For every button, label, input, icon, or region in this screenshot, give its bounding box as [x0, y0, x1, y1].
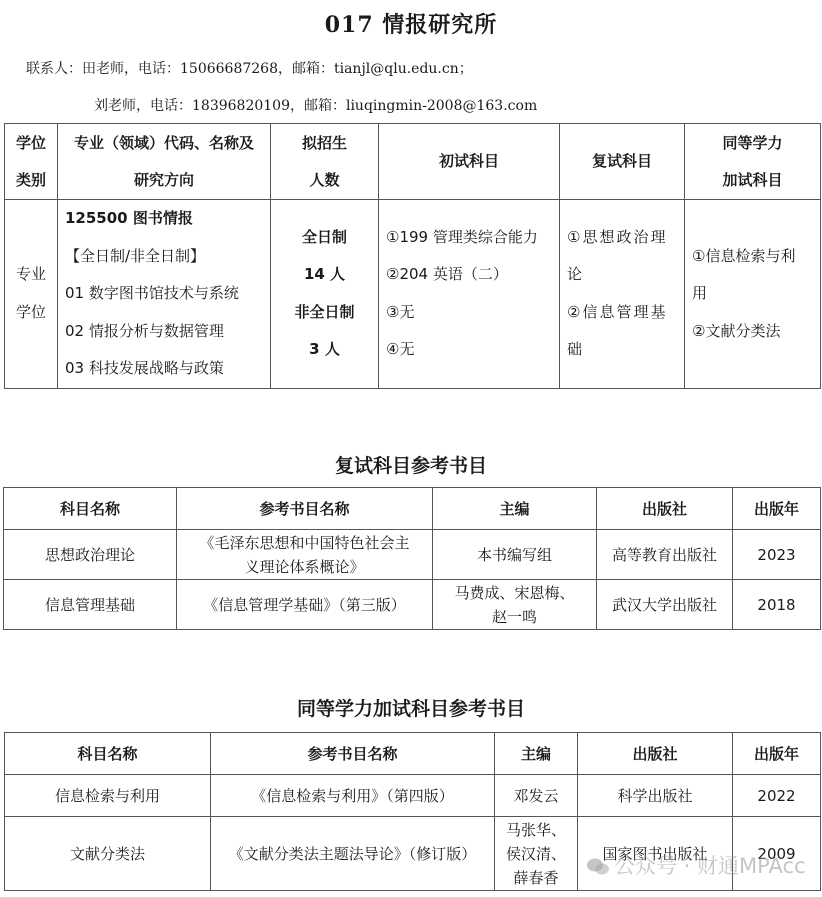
- header-editor: 主编: [495, 733, 578, 775]
- major-code-name: 125500 图书情报: [65, 200, 270, 238]
- header-major: 专业（领域）代码、名称及研究方向: [58, 124, 271, 200]
- initial-exam-cell: ①199 管理类综合能力②204 英语（二） ③无④无: [379, 200, 560, 389]
- degree-type-cell: 专业学位: [5, 200, 58, 389]
- table-row: 思想政治理论 《毛泽东思想和中国特色社会主义理论体系概论》 本书编写组 高等教育…: [4, 530, 821, 580]
- watermark-text: 公众号 · 财通MPAcc: [614, 854, 806, 878]
- book-cell: 《文献分类法主题法导论》（修订版）: [211, 817, 495, 891]
- header-publisher: 出版社: [597, 488, 733, 530]
- header-publisher: 出版社: [578, 733, 733, 775]
- header-initial-exam: 初试科目: [379, 124, 560, 200]
- header-year: 出版年: [733, 488, 821, 530]
- header-subject: 科目名称: [4, 488, 177, 530]
- page-title: 017 情报研究所: [0, 8, 822, 39]
- subject-cell: 思想政治理论: [4, 530, 177, 580]
- publisher-cell: 高等教育出版社: [597, 530, 733, 580]
- program-table: 学位类别 专业（领域）代码、名称及研究方向 拟招生人数 初试科目 复试科目 同等…: [4, 123, 821, 389]
- program-table-row: 专业学位 125500 图书情报 【全日制/非全日制】 01 数字图书馆技术与系…: [5, 200, 821, 389]
- year-cell: 2022: [733, 775, 821, 817]
- editor-cell: 马张华、侯汉清、薛春香: [495, 817, 578, 891]
- subject-cell: 文献分类法: [5, 817, 211, 891]
- retest-exam-cell: ①思想政治理论 ②信息管理基础: [560, 200, 685, 389]
- editor-cell: 马费成、宋恩梅、赵一鸣: [433, 580, 597, 630]
- watermark: 公众号 · 财通MPAcc: [586, 850, 806, 880]
- year-cell: 2023: [733, 530, 821, 580]
- book-cell: 《信息检索与利用》（第四版）: [211, 775, 495, 817]
- header-year: 出版年: [733, 733, 821, 775]
- retest-books-header: 科目名称 参考书目名称 主编 出版社 出版年: [4, 488, 821, 530]
- direction-01: 01 数字图书馆技术与系统: [65, 275, 270, 313]
- contact-line-1: 联系人：田老师，电话：15066687268，邮箱：tianjl@qlu.edu…: [26, 58, 473, 78]
- direction-02: 02 情报分析与数据管理: [65, 313, 270, 351]
- publisher-cell: 科学出版社: [578, 775, 733, 817]
- equivalent-books-header: 科目名称 参考书目名称 主编 出版社 出版年: [5, 733, 821, 775]
- study-mode: 【全日制/非全日制】: [65, 238, 270, 276]
- year-cell: 2018: [733, 580, 821, 630]
- header-enrollment: 拟招生人数: [271, 124, 379, 200]
- header-retest-exam: 复试科目: [560, 124, 685, 200]
- direction-03: 03 科技发展战略与政策: [65, 350, 270, 388]
- header-subject: 科目名称: [5, 733, 211, 775]
- subject-cell: 信息管理基础: [4, 580, 177, 630]
- subject-cell: 信息检索与利用: [5, 775, 211, 817]
- header-book: 参考书目名称: [177, 488, 433, 530]
- editor-cell: 本书编写组: [433, 530, 597, 580]
- wechat-icon: [586, 857, 610, 877]
- header-book: 参考书目名称: [211, 733, 495, 775]
- retest-books-table: 科目名称 参考书目名称 主编 出版社 出版年 思想政治理论 《毛泽东思想和中国特…: [3, 487, 821, 630]
- editor-cell: 邓发云: [495, 775, 578, 817]
- table-row: 信息管理基础 《信息管理学基础》（第三版） 马费成、宋恩梅、赵一鸣 武汉大学出版…: [4, 580, 821, 630]
- retest-books-title: 复试科目参考书目: [0, 451, 822, 478]
- book-cell: 《毛泽东思想和中国特色社会主义理论体系概论》: [177, 530, 433, 580]
- table-row: 信息检索与利用 《信息检索与利用》（第四版） 邓发云 科学出版社 2022: [5, 775, 821, 817]
- header-equivalent-exam: 同等学力加试科目: [685, 124, 821, 200]
- book-cell: 《信息管理学基础》（第三版）: [177, 580, 433, 630]
- header-degree-type: 学位类别: [5, 124, 58, 200]
- contact-line-2: 刘老师，电话：18396820109，邮箱：liuqingmin-2008@16…: [94, 95, 537, 115]
- enrollment-cell: 全日制14 人 非全日制3 人: [271, 200, 379, 389]
- publisher-cell: 武汉大学出版社: [597, 580, 733, 630]
- equivalent-exam-cell: ①信息检索与利用 ②文献分类法: [685, 200, 821, 389]
- header-editor: 主编: [433, 488, 597, 530]
- major-cell: 125500 图书情报 【全日制/非全日制】 01 数字图书馆技术与系统 02 …: [58, 200, 271, 389]
- equivalent-books-title: 同等学力加试科目参考书目: [0, 694, 822, 721]
- program-table-header: 学位类别 专业（领域）代码、名称及研究方向 拟招生人数 初试科目 复试科目 同等…: [5, 124, 821, 200]
